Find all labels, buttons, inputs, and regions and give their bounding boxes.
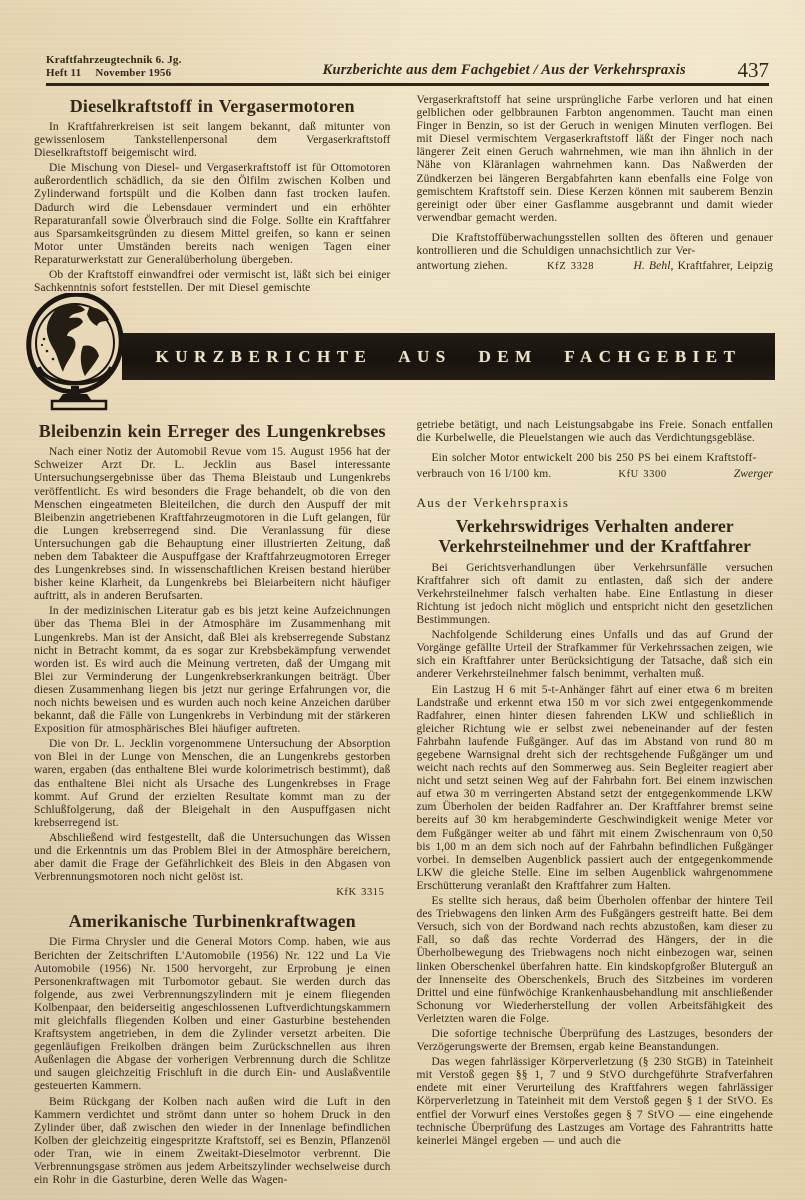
paragraph: Die Firma Chrysler und die General Motor… [34, 936, 391, 1093]
signature-row: verbrauch von 16 l/100 km. KfU 3300 Zwer… [417, 468, 774, 481]
paragraph: Die Kraftstoffüberwachungsstellen sollte… [417, 232, 774, 258]
report-code: KfU 3300 [618, 468, 666, 481]
paragraph: Ob der Kraftstoff einwandfrei oder vermi… [34, 269, 391, 295]
article-title-verkehr: Verkehrswidriges Verhalten anderer Verke… [417, 516, 774, 556]
signature-tail: antwortung ziehen. [417, 260, 508, 273]
signature-tail: verbrauch von 16 l/100 km. [417, 468, 552, 481]
paragraph: Ein solcher Motor entwickelt 200 bis 250… [417, 452, 774, 465]
author-credit: H. Behl, Kraftfahrer, Leipzig [633, 260, 773, 273]
paragraph: Nachfolgende Schilderung eines Unfalls u… [417, 629, 774, 681]
paragraph: In Kraftfahrerkreisen ist seit langem be… [34, 121, 391, 160]
paragraph: Nach einer Notiz der Automobil Revue vom… [34, 446, 391, 603]
article-title-turbinen: Amerikanische Turbinenkraftwagen [34, 911, 391, 931]
report-code: KfK 3315 [34, 886, 391, 899]
signature-row: antwortung ziehen. KfZ 3328 H. Behl, Kra… [417, 260, 774, 273]
header-rule [46, 83, 769, 86]
author-credit: Zwerger [734, 468, 773, 481]
page-header: Kraftfahrzeugtechnik 6. Jg. Heft 11Novem… [0, 0, 805, 80]
masthead: Kraftfahrzeugtechnik 6. Jg. Heft 11Novem… [46, 54, 281, 80]
paragraph: Die Mischung von Diesel- und Vergaserkra… [34, 162, 391, 267]
right-column-main: getriebe betätigt, und nach Leistungsabg… [417, 419, 774, 1189]
journal-title: Kraftfahrzeugtechnik 6. Jg. [46, 54, 281, 67]
paragraph: Beim Rückgang der Kolben nach außen wird… [34, 1096, 391, 1188]
article-title-diesel: Dieselkraftstoff in Vergasermotoren [34, 96, 391, 116]
paragraph: Das wegen fahrlässiger Körperverletzung … [417, 1056, 774, 1148]
author-name: Zwerger [734, 468, 773, 480]
author-name: H. Behl [633, 260, 670, 272]
running-title: Kurzberichte aus dem Fachgebiet / Aus de… [281, 62, 728, 80]
left-column-top: Dieselkraftstoff in Vergasermotoren In K… [34, 94, 391, 297]
paragraph: Die sofortige technische Überprüfung des… [417, 1028, 774, 1054]
top-section: Dieselkraftstoff in Vergasermotoren In K… [0, 94, 805, 297]
section-kicker: Aus der Verkehrspraxis [417, 496, 774, 509]
journal-page: Kraftfahrzeugtechnik 6. Jg. Heft 11Novem… [0, 0, 805, 1200]
paragraph: Die von Dr. L. Jecklin vorgenommene Unte… [34, 738, 391, 830]
main-section: Bleibenzin kein Erreger des Lungenkrebse… [0, 419, 805, 1189]
issue-number: Heft 11 [46, 67, 81, 79]
paragraph: Abschließend wird festgestellt, daß die … [34, 832, 391, 884]
paragraph: In der medizinischen Literatur gab es bi… [34, 605, 391, 736]
author-role: , Kraftfahrer, Leipzig [671, 260, 773, 272]
article-title-bleibenzin: Bleibenzin kein Erreger des Lungenkrebse… [34, 421, 391, 441]
banner-bar: KURZBERICHTE AUS DEM FACHGEBIET [122, 333, 775, 380]
paragraph: Es stellte sich heraus, daß beim Überhol… [417, 895, 774, 1026]
paragraph: Ein Lastzug H 6 mit 5-t-Anhänger fährt a… [417, 684, 774, 894]
globe-icon [22, 293, 134, 413]
section-banner: KURZBERICHTE AUS DEM FACHGEBIET [0, 305, 805, 411]
paragraph: Vergaserkraftstoff hat seine ursprünglic… [417, 94, 774, 225]
paragraph: getriebe betätigt, und nach Leistungsabg… [417, 419, 774, 445]
right-column-top: Vergaserkraftstoff hat seine ursprünglic… [417, 94, 774, 297]
left-column-main: Bleibenzin kein Erreger des Lungenkrebse… [34, 419, 391, 1189]
page-number: 437 [728, 60, 770, 80]
paragraph: Bei Gerichtsverhandlungen über Verkehrsu… [417, 562, 774, 627]
banner-title: KURZBERICHTE AUS DEM FACHGEBIET [156, 347, 742, 367]
issue-date: November 1956 [95, 67, 171, 79]
report-code: KfZ 3328 [547, 260, 594, 273]
